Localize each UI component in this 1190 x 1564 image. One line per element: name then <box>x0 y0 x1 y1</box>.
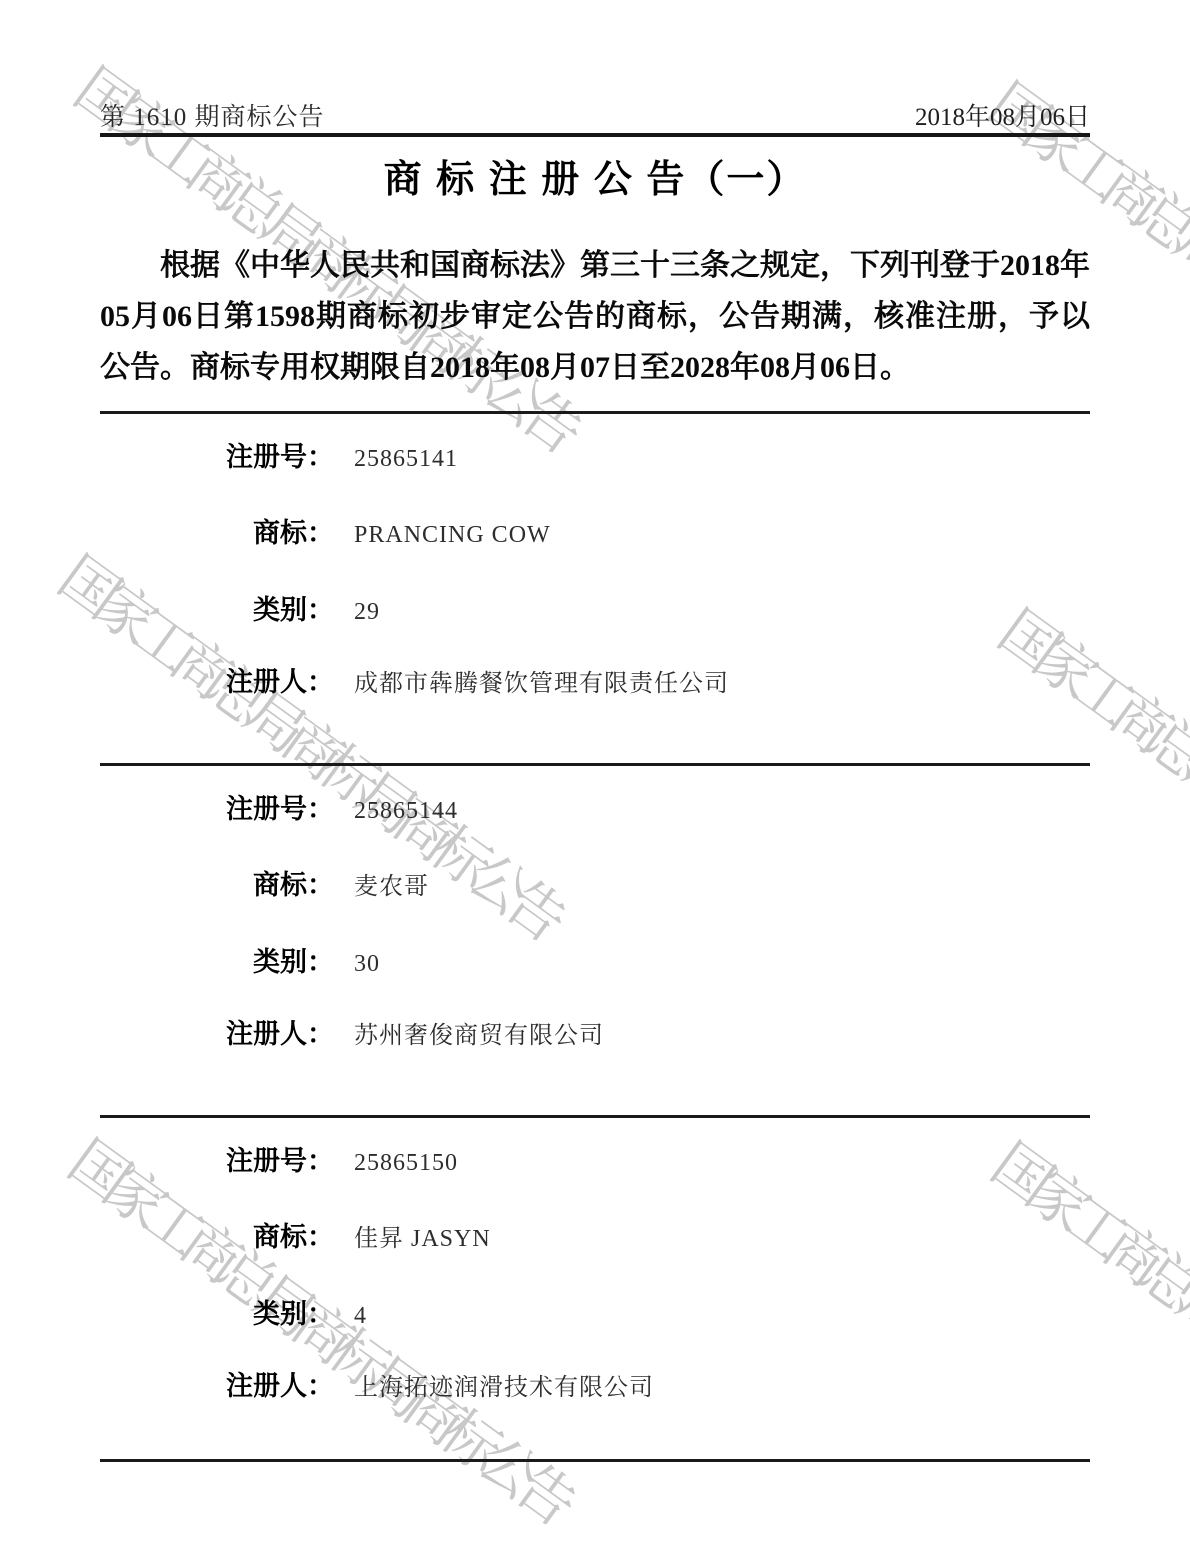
category-value: 29 <box>354 599 380 626</box>
trademark-entry: 注册号： 25865150 商标： 佳昇 JASYN 类别： 4 注册人： 上海… <box>100 1115 1090 1445</box>
page-title: 商 标 注 册 公 告（一） <box>0 148 1190 203</box>
registrant-value: 上海拓迹润滑技术有限公司 <box>354 1367 654 1402</box>
trademark-value: 佳昇 JASYN <box>354 1218 491 1253</box>
category-label: 类别： <box>100 588 334 627</box>
category-label: 类别： <box>100 940 334 979</box>
trademark-row: 商标： 佳昇 JASYN <box>100 1215 1090 1254</box>
trademark-label: 商标： <box>100 511 334 550</box>
issue-number: 第 1610 期商标公告 <box>100 97 325 133</box>
intro-line-2: 05月06日第1598期商标初步审定公告的商标，公告期满，核准注册，予以 <box>100 291 1090 342</box>
registrant-label: 注册人： <box>100 1012 334 1051</box>
reg-no-value: 25865144 <box>354 798 458 825</box>
reg-no-label: 注册号： <box>100 787 334 826</box>
trademark-value: PRANCING COW <box>354 522 551 549</box>
reg-no-row: 注册号： 25865150 <box>100 1139 1090 1178</box>
reg-no-row: 注册号： 25865141 <box>100 435 1090 474</box>
intro-line-3: 公告。商标专用权期限自2018年08月07日至2028年08月06日。 <box>100 342 1090 393</box>
gazette-page: 国家工商总局商标局商标公告 国家工商总局商标局商标公告 国家工商总局商标局商标公… <box>0 0 1190 1564</box>
category-row: 类别： 30 <box>100 940 1090 979</box>
separator-line <box>100 1459 1090 1462</box>
registrant-label: 注册人： <box>100 1364 334 1403</box>
page-content: 第 1610 期商标公告 2018年08月06日 商 标 注 册 公 告（一） … <box>0 0 1190 1564</box>
reg-no-value: 25865141 <box>354 446 458 473</box>
category-row: 类别： 29 <box>100 588 1090 627</box>
intro-paragraph: 根据《中华人民共和国商标法》第三十三条之规定，下列刊登于2018年 05月06日… <box>100 240 1090 393</box>
publication-date: 2018年08月06日 <box>915 97 1090 133</box>
trademark-entry: 注册号： 25865141 商标： PRANCING COW 类别： 29 注册… <box>100 411 1090 741</box>
registrant-row: 注册人： 上海拓迹润滑技术有限公司 <box>100 1364 1090 1403</box>
reg-no-row: 注册号： 25865144 <box>100 787 1090 826</box>
category-value: 4 <box>354 1303 367 1330</box>
registrant-row: 注册人： 苏州奢俊商贸有限公司 <box>100 1012 1090 1051</box>
category-value: 30 <box>354 951 380 978</box>
category-row: 类别： 4 <box>100 1292 1090 1331</box>
registrant-row: 注册人： 成都市犇腾餐饮管理有限责任公司 <box>100 660 1090 699</box>
trademark-row: 商标： PRANCING COW <box>100 511 1090 550</box>
trademark-row: 商标： 麦农哥 <box>100 863 1090 902</box>
registrant-value: 成都市犇腾餐饮管理有限责任公司 <box>354 663 729 698</box>
trademark-label: 商标： <box>100 1215 334 1254</box>
reg-no-value: 25865150 <box>354 1150 458 1177</box>
trademark-entry: 注册号： 25865144 商标： 麦农哥 类别： 30 注册人： 苏州奢俊商贸… <box>100 763 1090 1093</box>
header-rule <box>100 133 1090 137</box>
trademark-label: 商标： <box>100 863 334 902</box>
registrant-value: 苏州奢俊商贸有限公司 <box>354 1015 604 1050</box>
trademark-value: 麦农哥 <box>354 866 429 901</box>
category-label: 类别： <box>100 1292 334 1331</box>
registrant-label: 注册人： <box>100 660 334 699</box>
reg-no-label: 注册号： <box>100 1139 334 1178</box>
reg-no-label: 注册号： <box>100 435 334 474</box>
intro-line-1: 根据《中华人民共和国商标法》第三十三条之规定，下列刊登于2018年 <box>100 240 1090 291</box>
